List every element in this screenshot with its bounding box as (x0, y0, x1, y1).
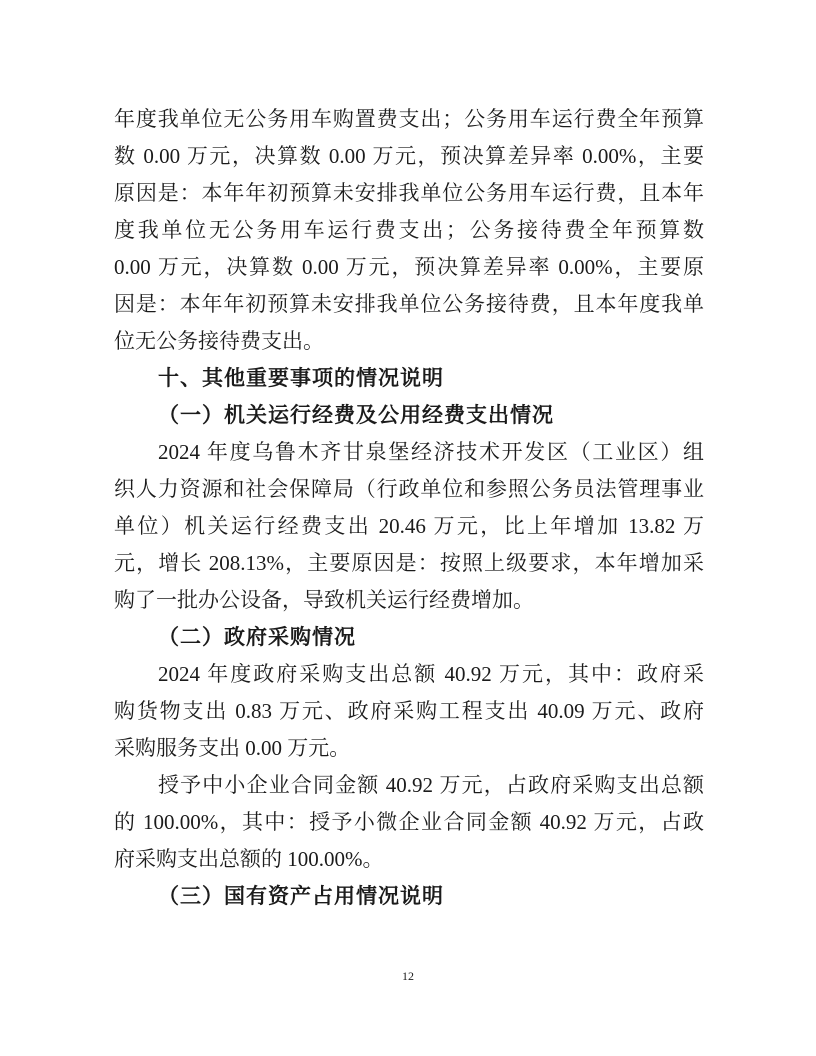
body-text-line: 的 100.00%，其中：授予小微企业合同金额 40.92 万元，占政 (114, 804, 704, 841)
body-text-line: 织人力资源和社会保障局（行政单位和参照公务员法管理事业 (114, 471, 704, 508)
page-number: 12 (0, 968, 816, 984)
body-text-line: 位无公务接待费支出。 (114, 323, 704, 360)
subsection-heading-government-procurement: （二）政府采购情况 (114, 619, 704, 656)
body-text-line: 元，增长 208.13%，主要原因是：按照上级要求，本年增加采 (114, 545, 704, 582)
body-text-line: 度我单位无公务用车运行费支出；公务接待费全年预算数 (114, 212, 704, 249)
body-text-line: 授予中小企业合同金额 40.92 万元，占政府采购支出总额 (114, 767, 704, 804)
body-text-line: 单位）机关运行经费支出 20.46 万元，比上年增加 13.82 万 (114, 508, 704, 545)
subsection-heading-state-assets: （三）国有资产占用情况说明 (114, 878, 704, 915)
body-text-line: 数 0.00 万元，决算数 0.00 万元，预决算差异率 0.00%，主要 (114, 138, 704, 175)
body-text-line: 年度我单位无公务用车购置费支出；公务用车运行费全年预算 (114, 101, 704, 138)
body-text-line: 购了一批办公设备，导致机关运行经费增加。 (114, 582, 704, 619)
body-text-line: 原因是：本年年初预算未安排我单位公务用车运行费，且本年 (114, 175, 704, 212)
document-body: 年度我单位无公务用车购置费支出；公务用车运行费全年预算 数 0.00 万元，决算… (114, 101, 704, 915)
body-text-line: 0.00 万元，决算数 0.00 万元，预决算差异率 0.00%，主要原 (114, 249, 704, 286)
body-text-line: 2024 年度政府采购支出总额 40.92 万元，其中：政府采 (114, 656, 704, 693)
body-text-line: 因是：本年年初预算未安排我单位公务接待费，且本年度我单 (114, 286, 704, 323)
body-text-line: 2024 年度乌鲁木齐甘泉堡经济技术开发区（工业区）组 (114, 434, 704, 471)
body-text-line: 购货物支出 0.83 万元、政府采购工程支出 40.09 万元、政府 (114, 693, 704, 730)
section-heading-other-matters: 十、其他重要事项的情况说明 (114, 360, 704, 397)
body-text-line: 府采购支出总额的 100.00%。 (114, 841, 704, 878)
subsection-heading-operating-expenses: （一）机关运行经费及公用经费支出情况 (114, 397, 704, 434)
body-text-line: 采购服务支出 0.00 万元。 (114, 730, 704, 767)
